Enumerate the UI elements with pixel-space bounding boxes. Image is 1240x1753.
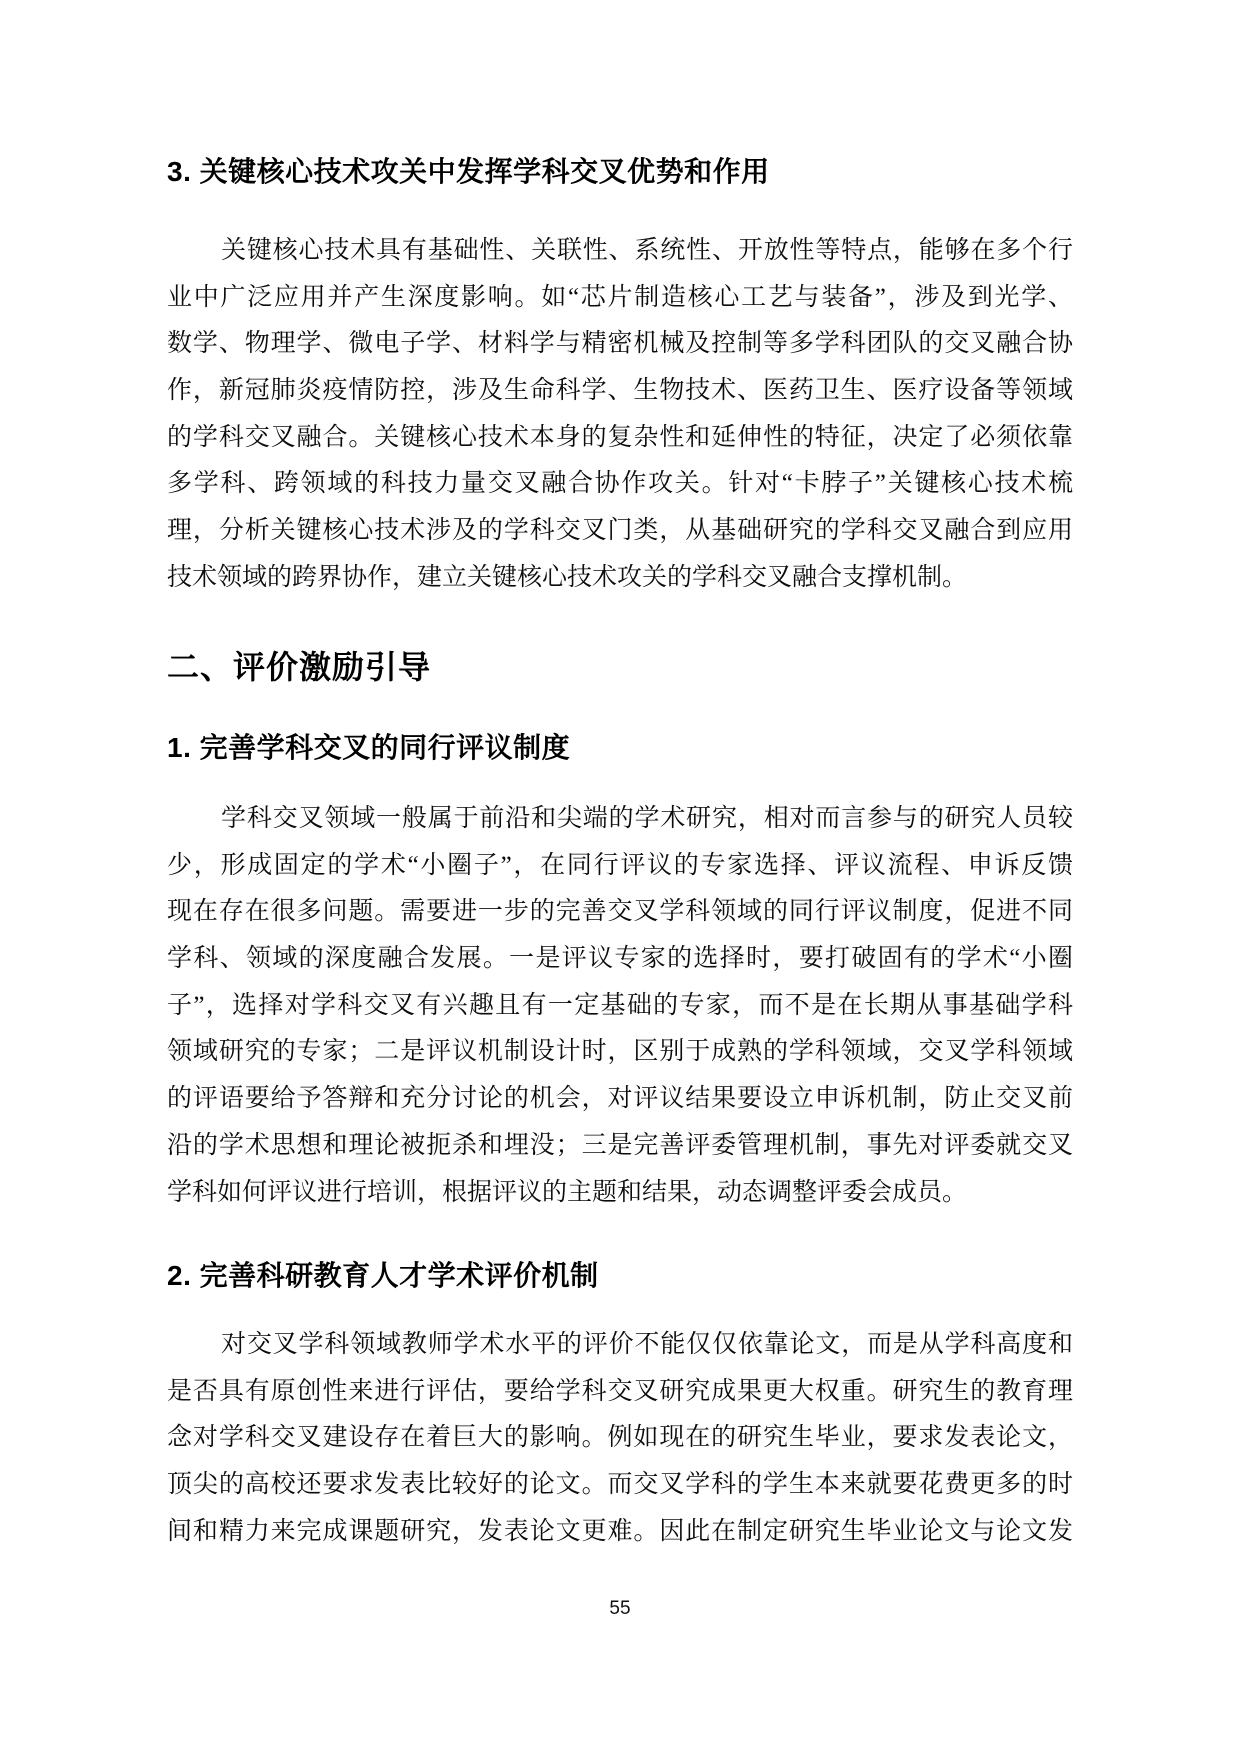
- document-page: 3. 关键核心技术攻关中发挥学科交叉优势和作用 关键核心技术具有基础性、关联性、…: [0, 0, 1240, 1753]
- paragraph-1: 关键核心技术具有基础性、关联性、系统性、开放性等特点，能够在多个行 业中广泛应用…: [167, 228, 1073, 602]
- text-line: 作，新冠肺炎疫情防控，涉及生命科学、生物技术、医药卫生、医疗设备等领域: [167, 368, 1073, 415]
- text-line: 学科如何评议进行培训，根据评议的主题和结果，动态调整评委会成员。: [167, 1170, 1073, 1217]
- text-line: 数学、物理学、微电子学、材料学与精密机械及控制等多学科团队的交叉融合协: [167, 321, 1073, 368]
- text-line: 子”，选择对学科交叉有兴趣且有一定基础的专家，而不是在长期从事基础学科: [167, 983, 1073, 1030]
- text-line: 的评语要给予答辩和充分讨论的机会，对评议结果要设立申诉机制，防止交叉前: [167, 1076, 1073, 1123]
- text-line: 间和精力来完成课题研究，发表论文更难。因此在制定研究生毕业论文与论文发: [167, 1509, 1073, 1556]
- text-line: 学科交叉领域一般属于前沿和尖端的学术研究，相对而言参与的研究人员较: [167, 796, 1073, 843]
- text-line: 关键核心技术具有基础性、关联性、系统性、开放性等特点，能够在多个行: [167, 228, 1073, 275]
- text-line: 念对学科交叉建设存在着巨大的影响。例如现在的研究生毕业，要求发表论文，: [167, 1415, 1073, 1462]
- text-line: 对交叉学科领域教师学术水平的评价不能仅仅依靠论文，而是从学科高度和: [167, 1322, 1073, 1369]
- text-line: 理，分析关键核心技术涉及的学科交叉门类，从基础研究的学科交叉融合到应用: [167, 508, 1073, 555]
- text-line: 业中广泛应用并产生深度影响。如“芯片制造核心工艺与装备”，涉及到光学、: [167, 275, 1073, 322]
- text-line: 顶尖的高校还要求发表比较好的论文。而交叉学科的学生本来就要花费更多的时: [167, 1462, 1073, 1509]
- heading-section-3: 3. 关键核心技术攻关中发挥学科交叉优势和作用: [167, 150, 1073, 190]
- page-number: 55: [0, 1598, 1240, 1620]
- text-line: 领域研究的专家；二是评议机制设计时，区别于成熟的学科领域，交叉学科领域: [167, 1029, 1073, 1076]
- text-line: 学科、领域的深度融合发展。一是评议专家的选择时，要打破固有的学术“小圈: [167, 936, 1073, 983]
- text-line: 的学科交叉融合。关键核心技术本身的复杂性和延伸性的特征，决定了必须依靠: [167, 415, 1073, 462]
- heading-sub-2: 2. 完善科研教育人才学术评价机制: [167, 1254, 1073, 1294]
- text-line: 技术领域的跨界协作，建立关键核心技术攻关的学科交叉融合支撑机制。: [167, 555, 1073, 602]
- text-line: 多学科、跨领域的科技力量交叉融合协作攻关。针对“卡脖子”关键核心技术梳: [167, 461, 1073, 508]
- paragraph-3: 对交叉学科领域教师学术水平的评价不能仅仅依靠论文，而是从学科高度和 是否具有原创…: [167, 1322, 1073, 1555]
- text-line: 沿的学术思想和理论被扼杀和埋没；三是完善评委管理机制，事先对评委就交叉: [167, 1123, 1073, 1170]
- text-line: 少，形成固定的学术“小圈子”，在同行评议的专家选择、评议流程、申诉反馈: [167, 843, 1073, 890]
- text-line: 现在存在很多问题。需要进一步的完善交叉学科领域的同行评议制度，促进不同: [167, 889, 1073, 936]
- heading-sub-1: 1. 完善学科交叉的同行评议制度: [167, 726, 1073, 766]
- heading-part-2: 二、评价激励引导: [167, 642, 1073, 688]
- text-line: 是否具有原创性来进行评估，要给学科交叉研究成果更大权重。研究生的教育理: [167, 1369, 1073, 1416]
- paragraph-2: 学科交叉领域一般属于前沿和尖端的学术研究，相对而言参与的研究人员较 少，形成固定…: [167, 796, 1073, 1216]
